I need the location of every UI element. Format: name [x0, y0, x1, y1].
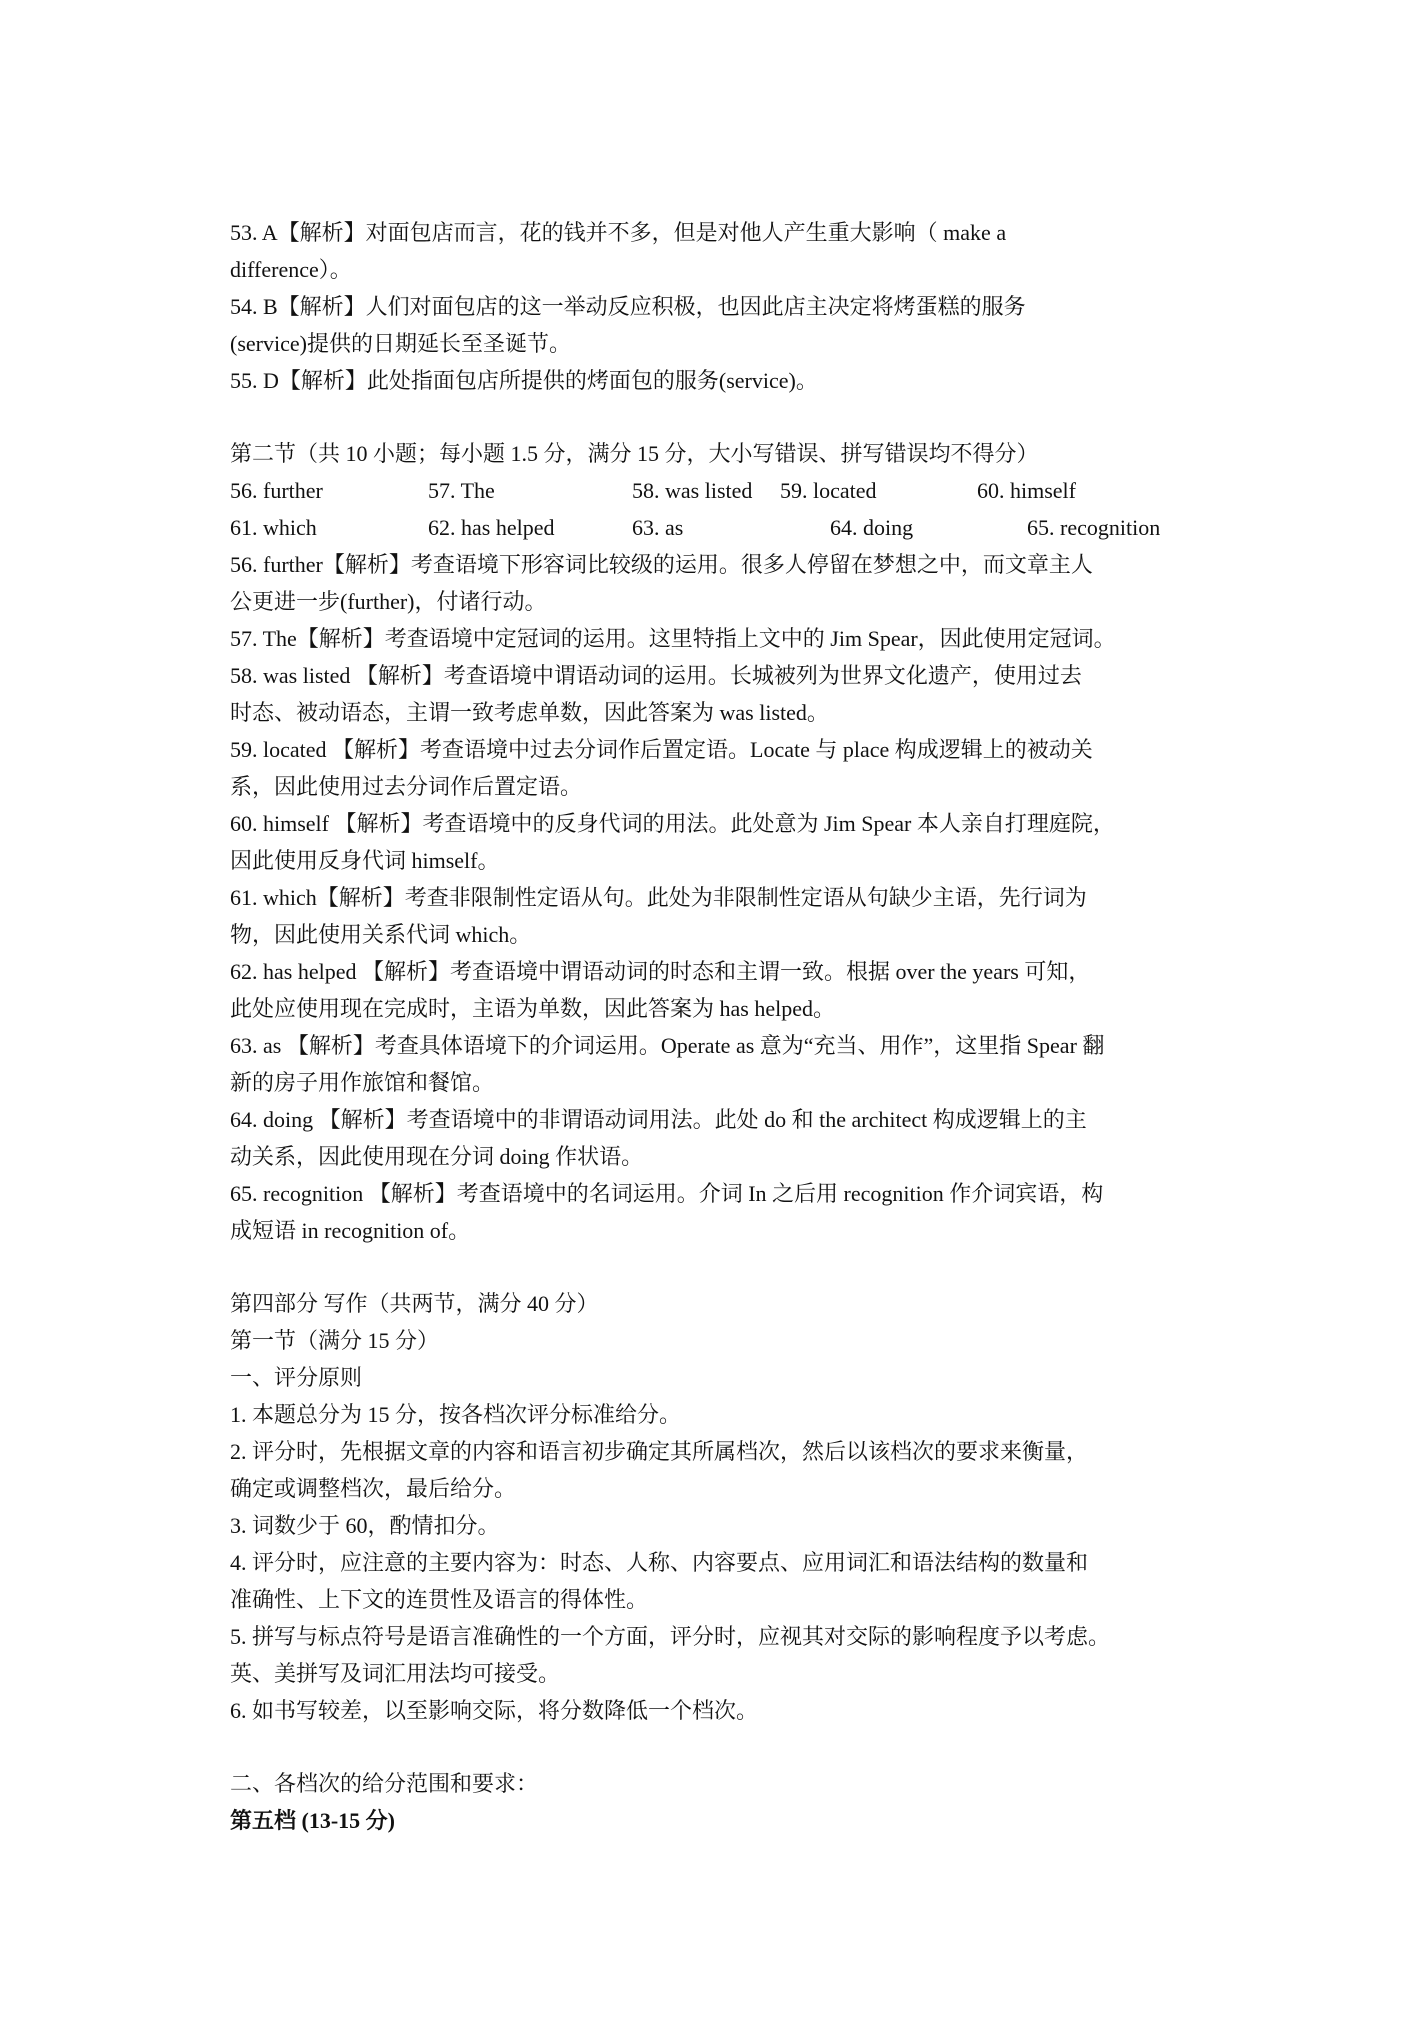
- level-five-heading: 第五档 (13-15 分): [230, 1802, 1215, 1839]
- explanation-58-line-1: 58. was listed 【解析】考查语境中谓语动词的运用。长城被列为世界文…: [230, 657, 1215, 694]
- explanation-60-line-2: 因此使用反身代词 himself。: [230, 842, 1215, 879]
- answers-row-1: 56. further 57. The 58. was listed 59. l…: [230, 472, 1215, 509]
- explanation-59-line-1: 59. located 【解析】考查语境中过去分词作后置定语。Locate 与 …: [230, 731, 1215, 768]
- answers-row-2: 61. which 62. has helped 63. as 64. doin…: [230, 509, 1215, 546]
- principles-heading: 一、评分原则: [230, 1359, 1215, 1396]
- part-four-writing: 第四部分 写作（共两节，满分 40 分） 第一节（满分 15 分） 一、评分原则…: [230, 1285, 1215, 1839]
- explanation-54-line-2: (service)提供的日期延长至圣诞节。: [230, 325, 1215, 362]
- principle-2-line-2: 确定或调整档次，最后给分。: [230, 1470, 1215, 1507]
- explanation-56-line-1: 56. further【解析】考查语境下形容词比较级的运用。很多人停留在梦想之中…: [230, 546, 1215, 583]
- answer-58: 58. was listed: [632, 472, 752, 509]
- explanation-61-line-1: 61. which【解析】考查非限制性定语从句。此处为非限制性定语从句缺少主语，…: [230, 879, 1215, 916]
- explanation-64-line-1: 64. doing 【解析】考查语境中的非谓语动词用法。此处 do 和 the …: [230, 1101, 1215, 1138]
- principle-2-line-1: 2. 评分时，先根据文章的内容和语言初步确定其所属档次，然后以该档次的要求来衡量…: [230, 1433, 1215, 1470]
- principle-4-line-1: 4. 评分时，应注意的主要内容为：时态、人称、内容要点、应用词汇和语法结构的数量…: [230, 1544, 1215, 1581]
- principle-1: 1. 本题总分为 15 分，按各档次评分标准给分。: [230, 1396, 1215, 1433]
- explanation-53-line-2: difference）。: [230, 251, 1215, 288]
- explanation-65-line-2: 成短语 in recognition of。: [230, 1212, 1215, 1249]
- levels-heading: 二、各档次的给分范围和要求：: [230, 1765, 1215, 1802]
- section-two: 第二节（共 10 小题；每小题 1.5 分，满分 15 分，大小写错误、拼写错误…: [230, 435, 1215, 1249]
- principle-6: 6. 如书写较差，以至影响交际，将分数降低一个档次。: [230, 1692, 1215, 1729]
- answer-key-page: 53. A【解析】对面包店而言，花的钱并不多，但是对他人产生重大影响（ make…: [230, 214, 1215, 1839]
- explanation-63-line-2: 新的房子用作旅馆和餐馆。: [230, 1064, 1215, 1101]
- explanation-57-line-1: 57. The【解析】考查语境中定冠词的运用。这里特指上文中的 Jim Spea…: [230, 620, 1215, 657]
- explanation-60-line-1: 60. himself 【解析】考查语境中的反身代词的用法。此处意为 Jim S…: [230, 805, 1215, 842]
- explanation-62-line-1: 62. has helped 【解析】考查语境中谓语动词的时态和主谓一致。根据 …: [230, 953, 1215, 990]
- principle-4-line-2: 准确性、上下文的连贯性及语言的得体性。: [230, 1581, 1215, 1618]
- answer-64: 64. doing: [830, 509, 913, 546]
- explanation-58-line-2: 时态、被动语态，主谓一致考虑单数，因此答案为 was listed。: [230, 694, 1215, 731]
- principle-5-line-2: 英、美拼写及词汇用法均可接受。: [230, 1655, 1215, 1692]
- section-one-explanations: 53. A【解析】对面包店而言，花的钱并不多，但是对他人产生重大影响（ make…: [230, 214, 1215, 399]
- section-two-heading: 第二节（共 10 小题；每小题 1.5 分，满分 15 分，大小写错误、拼写错误…: [230, 435, 1215, 472]
- explanation-63-line-1: 63. as 【解析】考查具体语境下的介词运用。Operate as 意为“充当…: [230, 1027, 1215, 1064]
- explanation-54-line-1: 54. B【解析】人们对面包店的这一举动反应积极，也因此店主决定将烤蛋糕的服务: [230, 288, 1215, 325]
- answer-59: 59. located: [780, 472, 877, 509]
- explanation-61-line-2: 物，因此使用关系代词 which。: [230, 916, 1215, 953]
- answer-57: 57. The: [428, 472, 495, 509]
- answer-65: 65. recognition: [1027, 509, 1160, 546]
- spacer: [230, 399, 1215, 435]
- answer-62: 62. has helped: [428, 509, 554, 546]
- explanation-55-line-1: 55. D【解析】此处指面包店所提供的烤面包的服务(service)。: [230, 362, 1215, 399]
- part-four-heading: 第四部分 写作（共两节，满分 40 分）: [230, 1285, 1215, 1322]
- spacer: [230, 1249, 1215, 1285]
- section-one-heading: 第一节（满分 15 分）: [230, 1322, 1215, 1359]
- answer-60: 60. himself: [977, 472, 1076, 509]
- explanation-64-line-2: 动关系，因此使用现在分词 doing 作状语。: [230, 1138, 1215, 1175]
- principle-3: 3. 词数少于 60，酌情扣分。: [230, 1507, 1215, 1544]
- principle-5-line-1: 5. 拼写与标点符号是语言准确性的一个方面，评分时，应视其对交际的影响程度予以考…: [230, 1618, 1215, 1655]
- answer-56: 56. further: [230, 472, 323, 509]
- explanation-53-line-1: 53. A【解析】对面包店而言，花的钱并不多，但是对他人产生重大影响（ make…: [230, 214, 1215, 251]
- explanation-62-line-2: 此处应使用现在完成时，主语为单数，因此答案为 has helped。: [230, 990, 1215, 1027]
- answer-61: 61. which: [230, 509, 317, 546]
- spacer: [230, 1729, 1215, 1765]
- explanation-65-line-1: 65. recognition 【解析】考查语境中的名词运用。介词 In 之后用…: [230, 1175, 1215, 1212]
- answer-63: 63. as: [632, 509, 683, 546]
- explanation-59-line-2: 系，因此使用过去分词作后置定语。: [230, 768, 1215, 805]
- explanation-56-line-2: 公更进一步(further)，付诸行动。: [230, 583, 1215, 620]
